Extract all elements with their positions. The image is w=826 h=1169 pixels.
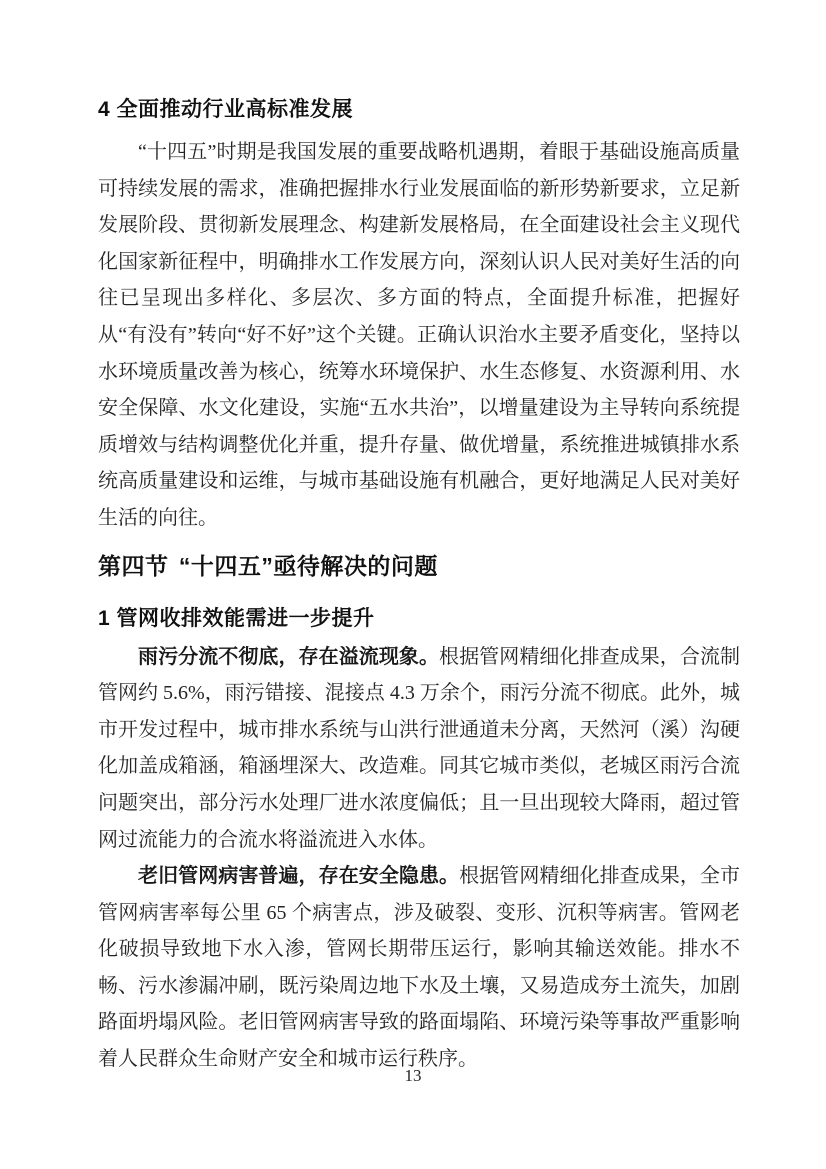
paragraph-old-pipe-defects: 老旧管网病害普遍，存在安全隐患。根据管网精细化排查成果，全市管网病害率每公里 6… bbox=[98, 858, 740, 1078]
paragraph-rain-sewage-overflow: 雨污分流不彻底，存在溢流现象。根据管网精细化排查成果，合流制管网约 5.6%，雨… bbox=[98, 639, 740, 859]
paragraph-section-4: “十四五”时期是我国发展的重要战略机遇期，着眼于基础设施高质量可持续发展的需求，… bbox=[98, 134, 740, 537]
heading-chapter-4: 第四节“十四五”亟待解决的问题 bbox=[98, 551, 740, 581]
paragraph-body-text: 根据管网精细化排查成果，全市管网病害率每公里 65 个病害点，涉及破裂、变形、沉… bbox=[98, 865, 740, 1070]
heading-section-4: 4 全面推动行业高标准发展 bbox=[98, 96, 740, 124]
paragraph-lead-sentence: 雨污分流不彻底，存在溢流现象。 bbox=[138, 646, 439, 668]
chapter-title: “十四五”亟待解决的问题 bbox=[179, 553, 438, 579]
page-content: 4 全面推动行业高标准发展 “十四五”时期是我国发展的重要战略机遇期，着眼于基础… bbox=[98, 96, 740, 1078]
chapter-label: 第四节 bbox=[98, 553, 169, 579]
page-footer: 13 bbox=[0, 1066, 826, 1086]
document-page: 4 全面推动行业高标准发展 “十四五”时期是我国发展的重要战略机遇期，着眼于基础… bbox=[0, 0, 826, 1169]
paragraph-lead-sentence: 老旧管网病害普遍，存在安全隐患。 bbox=[138, 865, 459, 887]
paragraph-body-text: 根据管网精细化排查成果，合流制管网约 5.6%，雨污错接、混接点 4.3 万余个… bbox=[98, 646, 740, 851]
heading-subsection-1: 1 管网收排效能需进一步提升 bbox=[98, 605, 740, 633]
page-number: 13 bbox=[405, 1066, 422, 1085]
